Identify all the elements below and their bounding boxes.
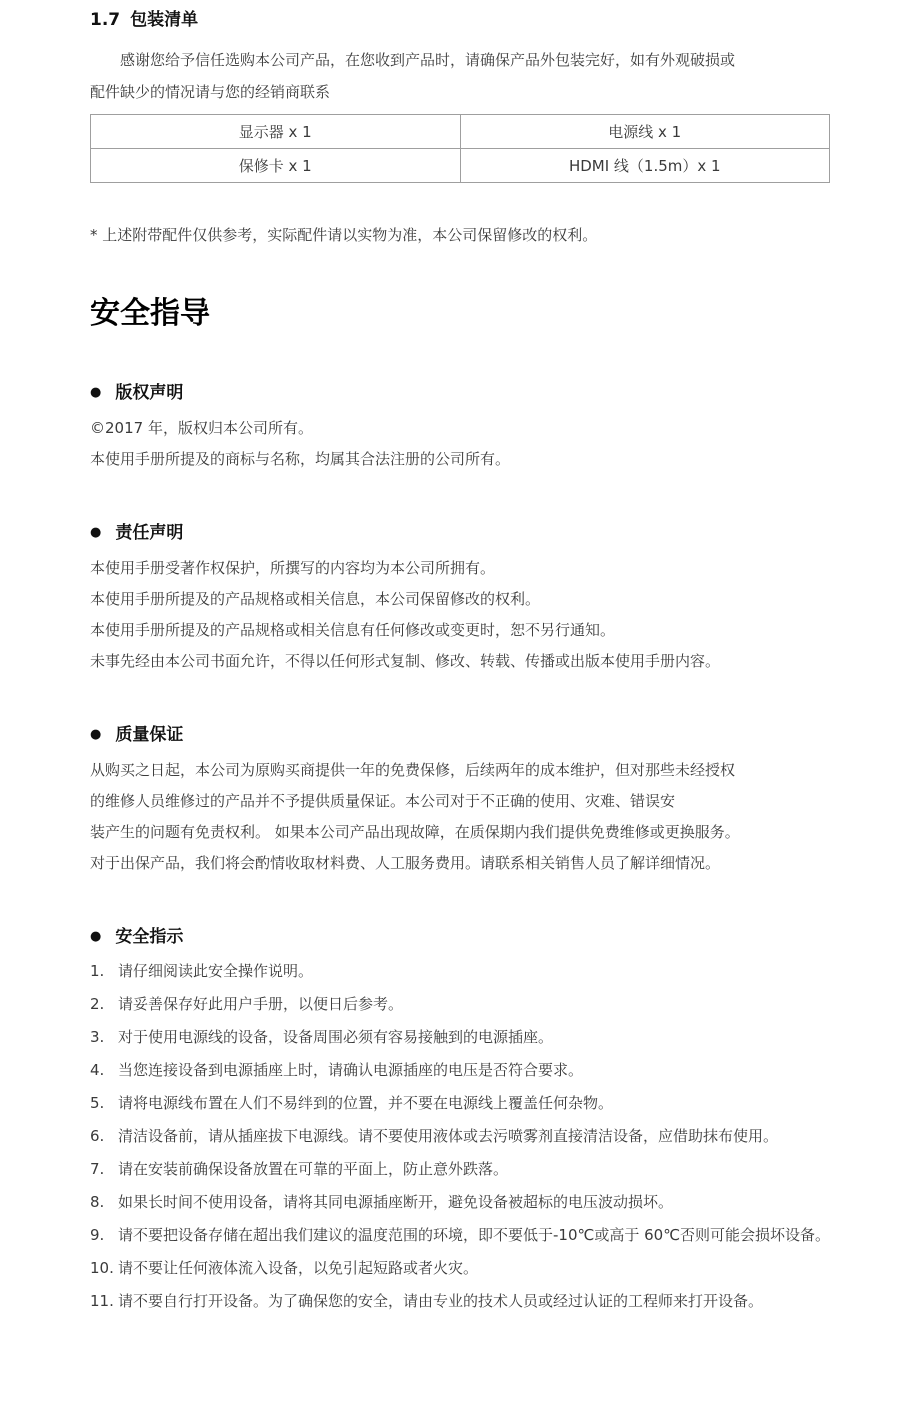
list-item-number: 11. [90,1285,118,1318]
safety-list-item: 4.当您连接设备到电源插座上时，请确认电源插座的电压是否符合要求。 [90,1054,838,1087]
safety-list-item: 6.清洁设备前，请从插座拔下电源线。请不要使用液体或去污喷雾剂直接清洁设备，应借… [90,1120,838,1153]
manual-page: 1.7包装清单 感谢您给予信任选购本公司产品，在您收到产品时，请确保产品外包装完… [0,0,920,1348]
list-item-number: 5. [90,1087,118,1120]
section-title-liability: 责任声明 [115,521,183,545]
liability-line-1: 本使用手册受著作权保护，所撰写的内容均为本公司所拥有。 [90,553,838,584]
list-item-number: 7. [90,1153,118,1186]
liability-line-3: 本使用手册所提及的产品规格或相关信息有任何修改或变更时，恕不另行通知。 [90,615,838,646]
list-item-number: 10. [90,1252,118,1285]
list-item-number: 4. [90,1054,118,1087]
list-item-number: 3. [90,1021,118,1054]
section-title-warranty: 质量保证 [115,723,183,747]
safety-list-item: 11.请不要自行打开设备。为了确保您的安全，请由专业的技术人员或经过认证的工程师… [90,1285,838,1318]
safety-list-item: 1.请仔细阅读此安全操作说明。 [90,955,838,988]
list-item-text: 对于使用电源线的设备，设备周围必须有容易接触到的电源插座。 [118,1028,553,1046]
section-number: 1.7 [90,10,120,30]
liability-line-2: 本使用手册所提及的产品规格或相关信息，本公司保留修改的权利。 [90,584,838,615]
table-row: 显示器 x 1 电源线 x 1 [91,115,830,149]
packing-list-table: 显示器 x 1 电源线 x 1 保修卡 x 1 HDMI 线（1.5m）x 1 [90,114,830,183]
safety-list-item: 7.请在安装前确保设备放置在可靠的平面上，防止意外跌落。 [90,1153,838,1186]
bullet-icon: ● [90,381,101,405]
safety-list-item: 8.如果长时间不使用设备，请将其同电源插座断开，避免设备被超标的电压波动损坏。 [90,1186,838,1219]
bullet-icon: ● [90,723,101,747]
safety-list-item: 3.对于使用电源线的设备，设备周围必须有容易接触到的电源插座。 [90,1021,838,1054]
table-cell-hdmi-cable: HDMI 线（1.5m）x 1 [460,149,830,183]
list-item-text: 请仔细阅读此安全操作说明。 [118,962,313,980]
list-item-text: 请不要自行打开设备。为了确保您的安全，请由专业的技术人员或经过认证的工程师来打开… [118,1292,763,1310]
list-item-text: 请将电源线布置在人们不易绊到的位置，并不要在电源线上覆盖任何杂物。 [118,1094,613,1112]
list-item-number: 9. [90,1219,118,1252]
intro-line-1: 感谢您给予信任选购本公司产品，在您收到产品时，请确保产品外包装完好，如有外观破损… [90,44,838,76]
list-item-text: 请在安装前确保设备放置在可靠的平面上，防止意外跌落。 [118,1160,508,1178]
copyright-line-2: 本使用手册所提及的商标与名称，均属其合法注册的公司所有。 [90,444,838,475]
list-item-number: 2. [90,988,118,1021]
section-heading-packing-list: 1.7包装清单 [90,8,838,32]
liability-line-4: 未事先经由本公司书面允许，不得以任何形式复制、修改、转载、传播或出版本使用手册内… [90,646,838,677]
intro-line-2: 配件缺少的情况请与您的经销商联系 [90,76,838,108]
warranty-line-4: 对于出保产品，我们将会酌情收取材料费、人工服务费用。请联系相关销售人员了解详细情… [90,848,838,879]
list-item-text: 请不要把设备存储在超出我们建议的温度范围的环境，即不要低于-10℃或高于 60℃… [118,1226,830,1244]
section-heading-warranty: ● 质量保证 [90,723,838,747]
section-title: 包装清单 [130,10,198,30]
section-heading-safety-instructions: ● 安全指示 [90,925,838,949]
section-heading-copyright: ● 版权声明 [90,381,838,405]
list-item-number: 8. [90,1186,118,1219]
warranty-line-2: 的维修人员维修过的产品并不予提供质量保证。本公司对于不正确的使用、灾难、错误安 [90,786,838,817]
page-title-safety-guide: 安全指导 [90,293,838,335]
bullet-icon: ● [90,521,101,545]
safety-list-item: 5.请将电源线布置在人们不易绊到的位置，并不要在电源线上覆盖任何杂物。 [90,1087,838,1120]
accessories-note: * 上述附带配件仅供参考，实际配件请以实物为准，本公司保留修改的权利。 [90,223,838,247]
table-row: 保修卡 x 1 HDMI 线（1.5m）x 1 [91,149,830,183]
safety-list-item: 10.请不要让任何液体流入设备，以免引起短路或者火灾。 [90,1252,838,1285]
list-item-text: 当您连接设备到电源插座上时，请确认电源插座的电压是否符合要求。 [118,1061,583,1079]
table-cell-warranty-card: 保修卡 x 1 [91,149,461,183]
section-title-safety-instructions: 安全指示 [115,925,183,949]
copyright-line-1: ©2017 年，版权归本公司所有。 [90,413,838,444]
list-item-number: 1. [90,955,118,988]
list-item-text: 请不要让任何液体流入设备，以免引起短路或者火灾。 [118,1259,478,1277]
table-cell-monitor: 显示器 x 1 [91,115,461,149]
warranty-line-3: 装产生的问题有免责权利。 如果本公司产品出现故障，在质保期内我们提供免费维修或更… [90,817,838,848]
section-title-copyright: 版权声明 [115,381,183,405]
list-item-number: 6. [90,1120,118,1153]
warranty-line-1: 从购买之日起，本公司为原购买商提供一年的免费保修，后续两年的成本维护，但对那些未… [90,755,838,786]
section-heading-liability: ● 责任声明 [90,521,838,545]
table-cell-power-cable: 电源线 x 1 [460,115,830,149]
intro-paragraph: 感谢您给予信任选购本公司产品，在您收到产品时，请确保产品外包装完好，如有外观破损… [90,44,838,108]
safety-list-item: 9.请不要把设备存储在超出我们建议的温度范围的环境，即不要低于-10℃或高于 6… [90,1219,838,1252]
list-item-text: 清洁设备前，请从插座拔下电源线。请不要使用液体或去污喷雾剂直接清洁设备，应借助抹… [118,1127,778,1145]
safety-list-item: 2.请妥善保存好此用户手册，以便日后参考。 [90,988,838,1021]
list-item-text: 请妥善保存好此用户手册，以便日后参考。 [118,995,403,1013]
bullet-icon: ● [90,925,101,949]
list-item-text: 如果长时间不使用设备，请将其同电源插座断开，避免设备被超标的电压波动损坏。 [118,1193,673,1211]
